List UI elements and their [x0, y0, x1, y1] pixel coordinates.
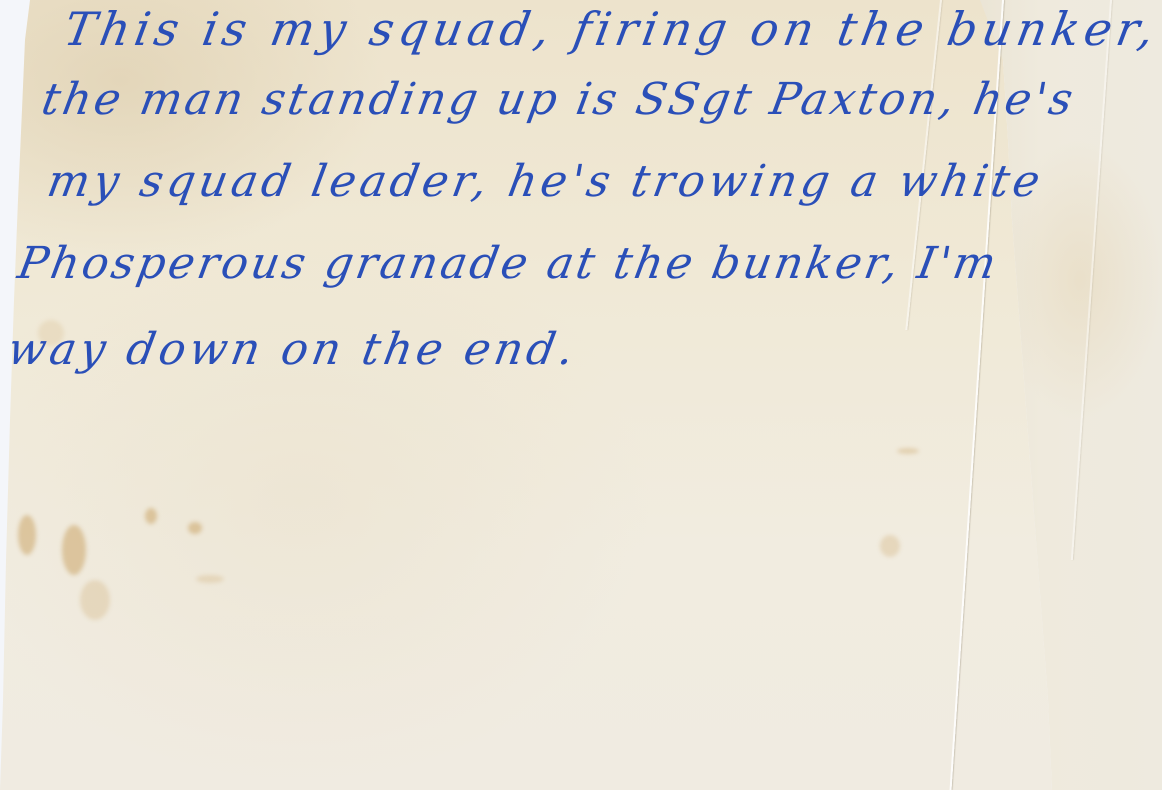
- scanned-note: This is my squad, firing on the bunker, …: [0, 0, 1162, 790]
- text-line-1: This is my squad, firing on the bunker,: [61, 6, 1162, 52]
- text-line-4: Phosperous granade at the bunker, I'm: [15, 242, 1002, 286]
- stain: [80, 580, 110, 620]
- text-line-5: way down on the end.: [4, 328, 581, 372]
- stain: [880, 535, 900, 557]
- stain: [145, 508, 157, 524]
- text-line-2: the man standing up is SSgt Paxton, he's: [38, 78, 1078, 122]
- text-line-3: my squad leader, he's trowing a white: [44, 160, 1047, 204]
- stain: [62, 525, 86, 575]
- stain: [188, 522, 202, 534]
- stain: [897, 448, 919, 454]
- stain: [196, 575, 224, 583]
- stain: [18, 515, 36, 555]
